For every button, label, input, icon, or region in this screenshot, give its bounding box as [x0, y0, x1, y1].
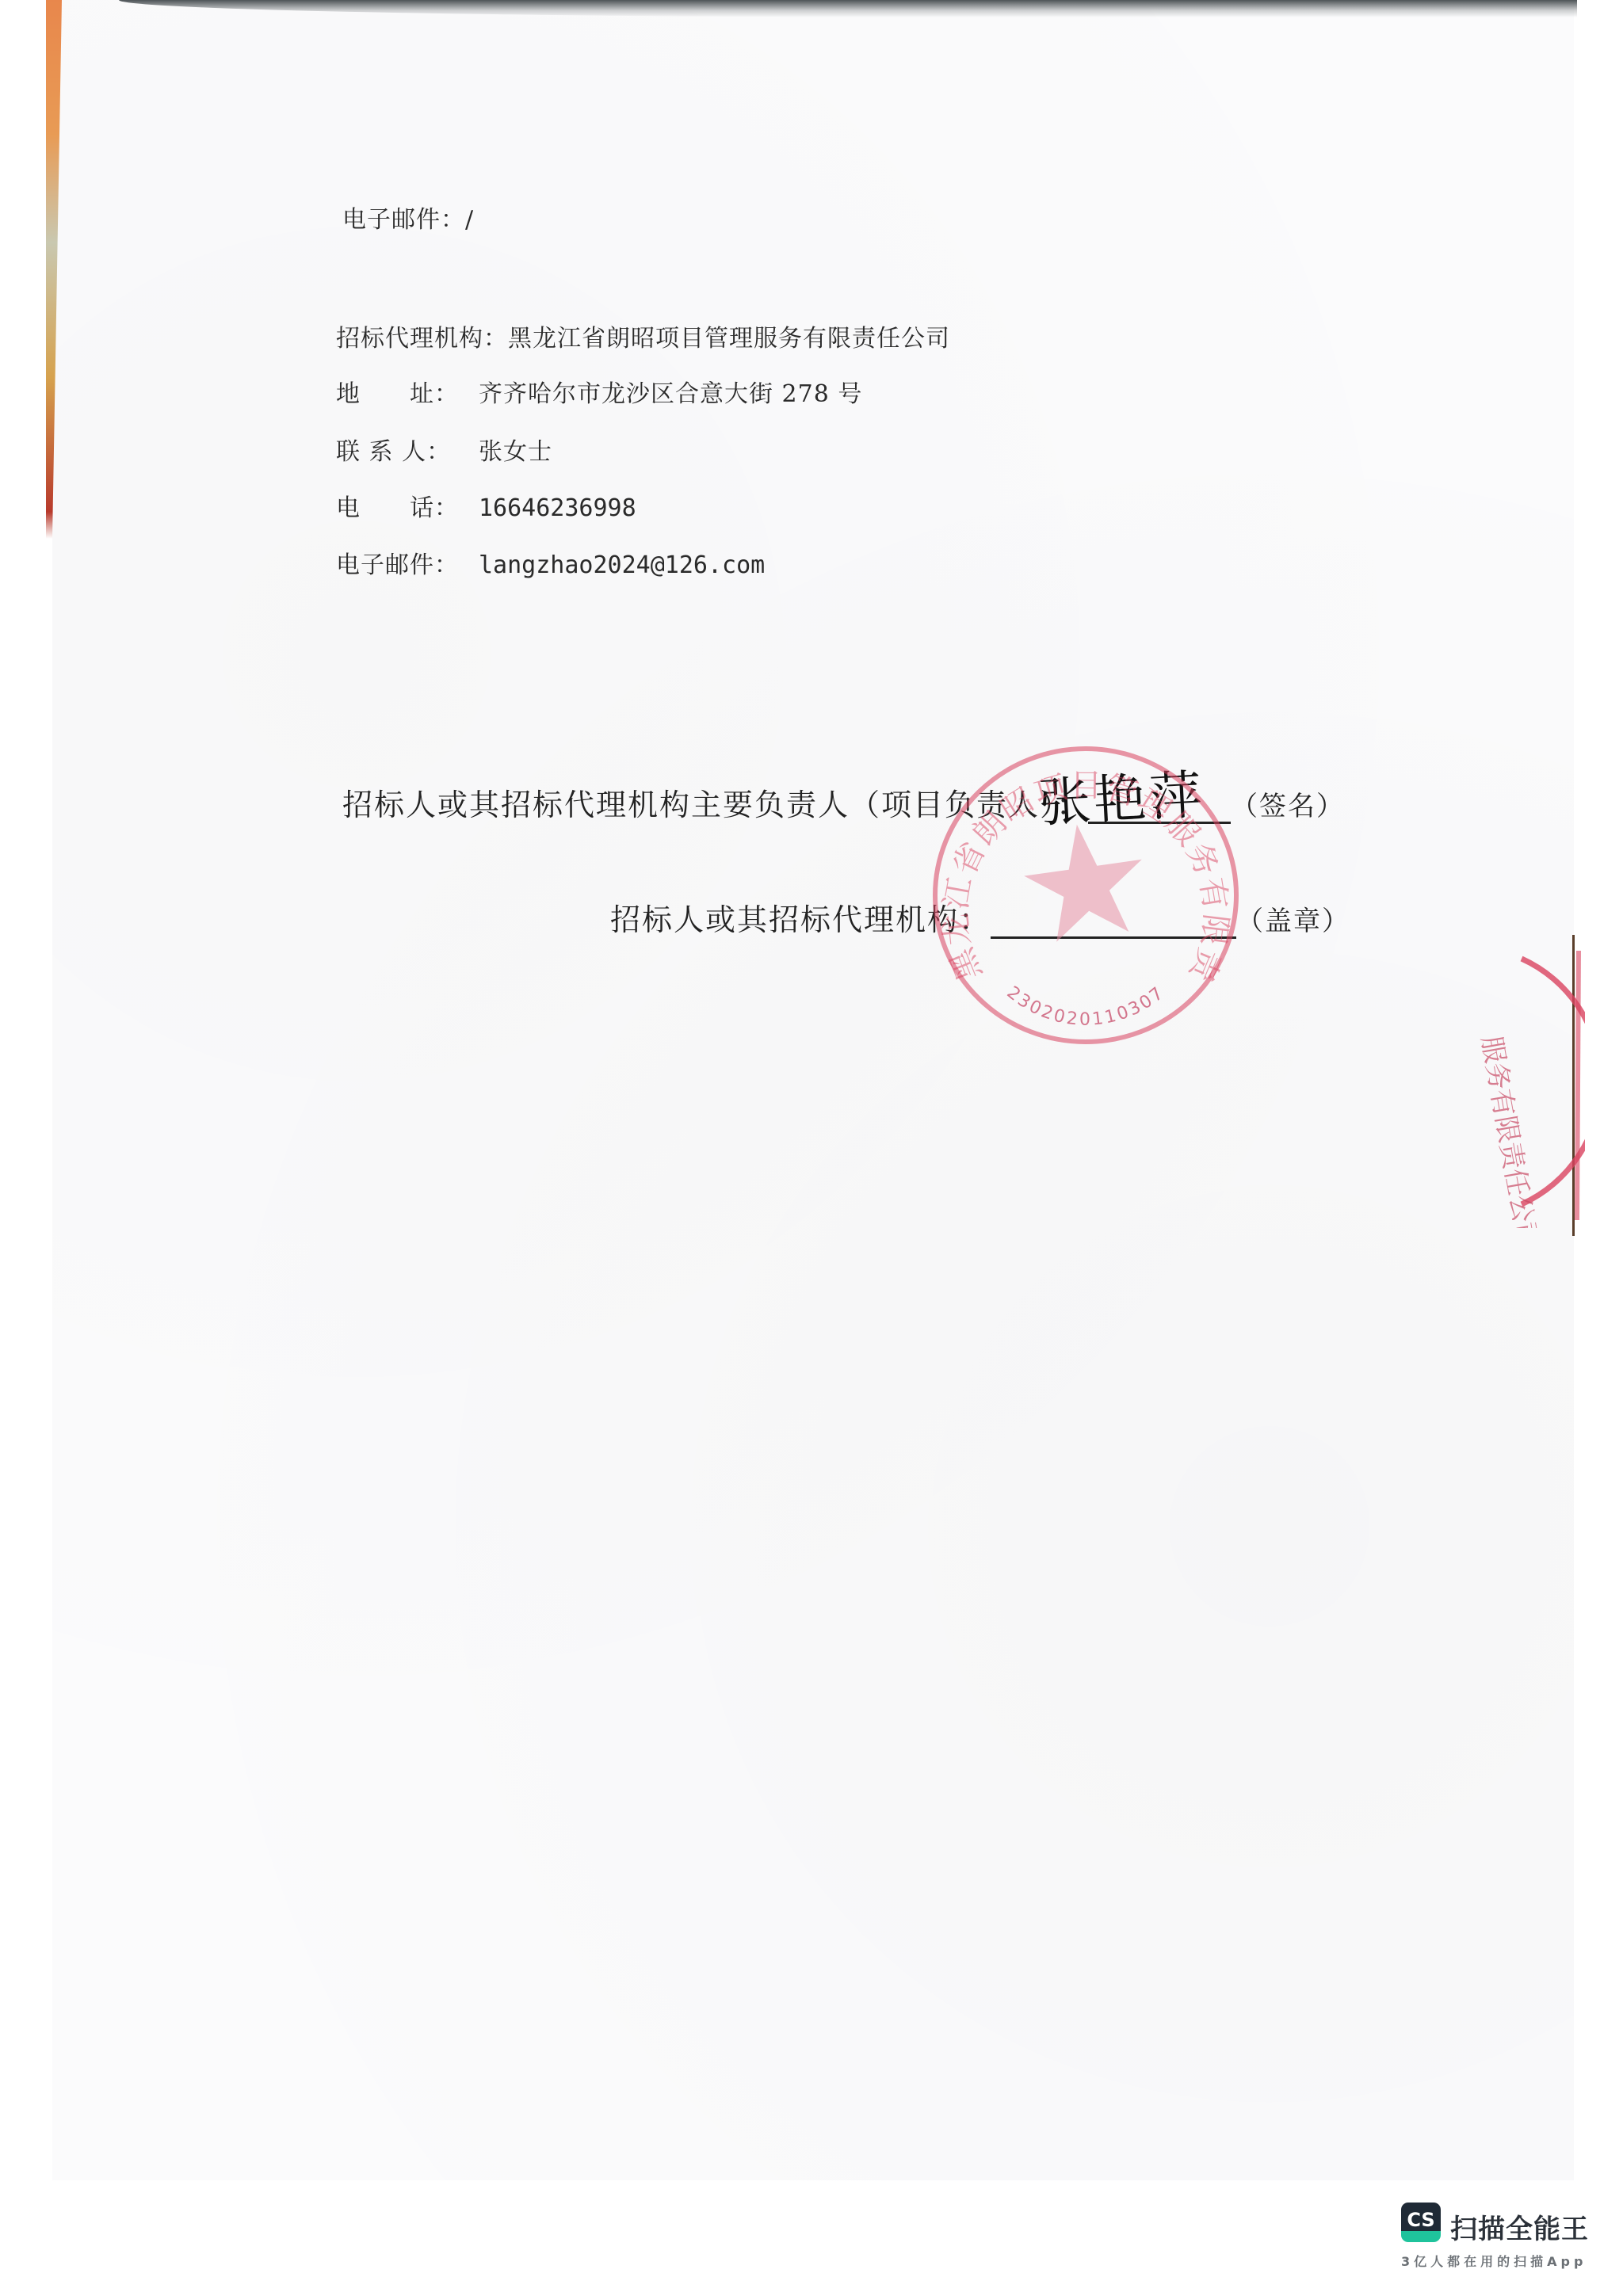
agency-address-label: 地 址：: [336, 374, 479, 409]
agency-name-label: 招标代理机构：: [336, 318, 508, 353]
agency-contact-value: 张女士: [479, 438, 552, 466]
principal-suffix: （签名）: [1231, 791, 1345, 822]
handwritten-signature: 张艳萍: [1037, 753, 1207, 837]
camscanner-title: 扫描全能王: [1450, 2207, 1589, 2246]
agency-email-line: 电子邮件：langzhao2024@126.com: [336, 545, 765, 580]
agency-email-value: langzhao2024@126.com: [479, 551, 765, 579]
principal-label: 招标人或其招标代理机构主要负责人（项目负责人）：: [342, 788, 1088, 822]
agency-address-line: 地 址：齐齐哈尔市龙沙区合意大街 278 号: [336, 374, 862, 409]
agency-phone-value: 16646236998: [479, 494, 636, 522]
agency-email-label: 电子邮件：: [336, 545, 479, 580]
owner-email-label: 电子邮件：: [342, 200, 465, 235]
agency-phone-label: 电 话：: [336, 488, 479, 523]
agency-contact-line: 联 系 人：张女士: [336, 432, 552, 467]
camscanner-logo-icon: CS: [1401, 2203, 1441, 2242]
seal-label: 招标人或其招标代理机构：: [610, 902, 991, 937]
agency-name-line: 招标代理机构：黑龙江省朗昭项目管理服务有限责任公司: [336, 318, 950, 353]
owner-email-line: 电子邮件：/: [342, 200, 474, 235]
owner-email-value: /: [465, 206, 474, 234]
seal-line: 招标人或其招标代理机构：（盖章）: [610, 895, 1350, 939]
agency-phone-line: 电 话：16646236998: [336, 488, 636, 523]
seal-blank: [991, 902, 1236, 939]
page-edge-right: [1572, 935, 1575, 1236]
camscanner-subtitle: 3亿人都在用的扫描App: [1401, 2252, 1587, 2270]
seal-suffix: （盖章）: [1236, 906, 1350, 937]
agency-name-value: 黑龙江省朗昭项目管理服务有限责任公司: [508, 325, 950, 353]
agency-address-value: 齐齐哈尔市龙沙区合意大街 278 号: [479, 380, 862, 408]
agency-contact-label: 联 系 人：: [336, 432, 479, 467]
